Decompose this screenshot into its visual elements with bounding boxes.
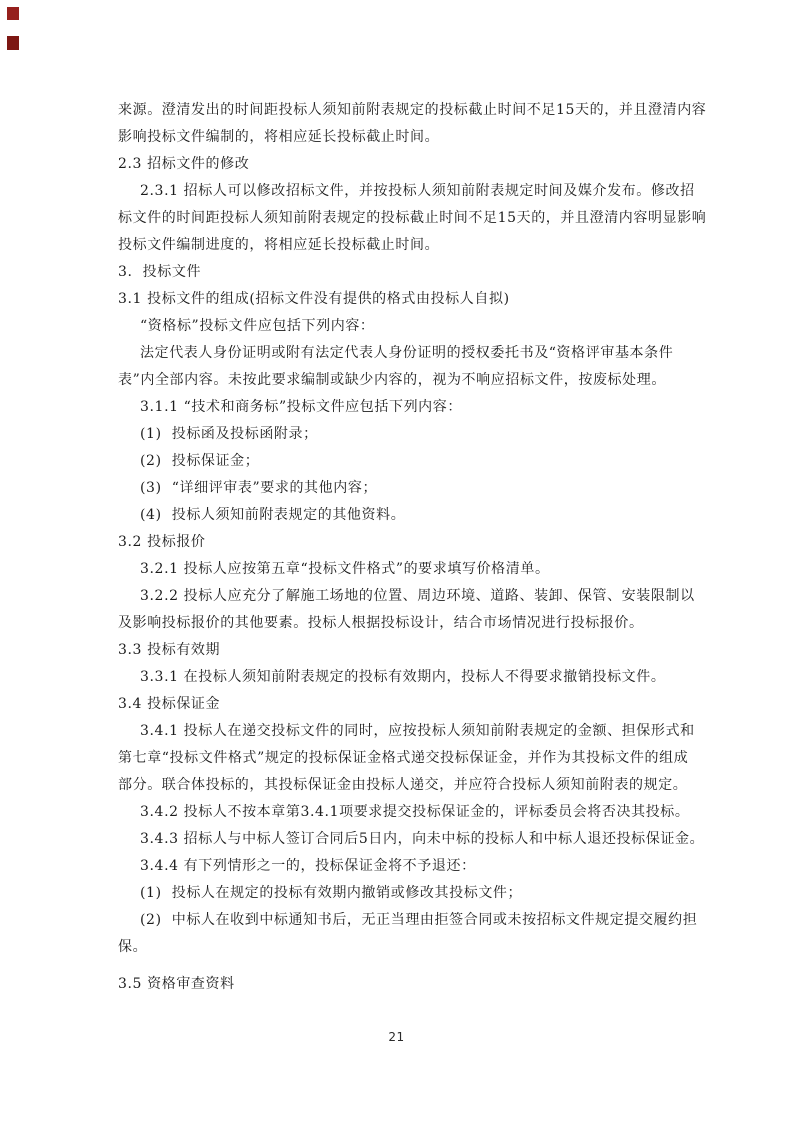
text-line: 3.3 投标有效期 — [118, 637, 680, 664]
text-line: (2) 中标人在收到中标通知书后，无正当理由拒签合同或未按招标文件规定提交履约担 — [118, 907, 680, 934]
text-line: 3. 投标文件 — [118, 259, 680, 286]
text-line: 3.4 投标保证金 — [118, 691, 680, 718]
text-line: (1) 投标人在规定的投标有效期内撤销或修改其投标文件； — [118, 880, 680, 907]
text-line: 3.2 投标报价 — [118, 529, 680, 556]
text-line: 第七章“投标文件格式”规定的投标保证金格式递交投标保证金，并作为其投标文件的组成 — [118, 745, 680, 772]
text-line: 保。 — [118, 934, 680, 961]
body-text: 来源。澄清发出的时间距投标人须知前附表规定的投标截止时间不足15天的，并且澄清内… — [118, 97, 680, 998]
text-line: 3.1.1 “技术和商务标”投标文件应包括下列内容： — [118, 394, 680, 421]
red-ink-mark — [7, 36, 19, 50]
text-line: 3.4.4 有下列情形之一的，投标保证金将不予退还： — [118, 853, 680, 880]
text-line: 3.1 投标文件的组成(招标文件没有提供的格式由投标人自拟) — [118, 286, 680, 313]
text-line: (3) “详细评审表”要求的其他内容； — [118, 475, 680, 502]
text-line: 3.4.1 投标人在递交投标文件的同时，应按投标人须知前附表规定的金额、担保形式… — [118, 718, 680, 745]
text-line: 标文件的时间距投标人须知前附表规定的投标截止时间不足15天的，并且澄清内容明显影… — [118, 205, 680, 232]
text-line: (2) 投标保证金； — [118, 448, 680, 475]
text-line: “资格标”投标文件应包括下列内容： — [118, 313, 680, 340]
text-line: 及影响投标报价的其他要素。投标人根据投标设计，结合市场情况进行投标报价。 — [118, 610, 680, 637]
text-line: 2.3.1 招标人可以修改招标文件，并按投标人须知前附表规定时间及媒介发布。修改… — [118, 178, 680, 205]
text-line: 3.5 资格审查资料 — [118, 971, 680, 998]
document-page: 来源。澄清发出的时间距投标人须知前附表规定的投标截止时间不足15天的，并且澄清内… — [0, 0, 793, 1123]
text-line: 法定代表人身份证明或附有法定代表人身份证明的授权委托书及“资格评审基本条件 — [118, 340, 680, 367]
page-number: 21 — [0, 1030, 793, 1044]
text-line: 3.3.1 在投标人须知前附表规定的投标有效期内，投标人不得要求撤销投标文件。 — [118, 664, 680, 691]
text-line: 3.4.2 投标人不按本章第3.4.1项要求提交投标保证金的，评标委员会将否决其… — [118, 799, 680, 826]
text-line: 影响投标文件编制的，将相应延长投标截止时间。 — [118, 124, 680, 151]
text-line: 3.2.2 投标人应充分了解施工场地的位置、周边环境、道路、装卸、保管、安装限制… — [118, 583, 680, 610]
text-line: (1) 投标函及投标函附录； — [118, 421, 680, 448]
text-line: 来源。澄清发出的时间距投标人须知前附表规定的投标截止时间不足15天的，并且澄清内… — [118, 97, 680, 124]
text-line: 3.4.3 招标人与中标人签订合同后5日内，向未中标的投标人和中标人退还投标保证… — [118, 826, 680, 853]
text-line: 3.2.1 投标人应按第五章“投标文件格式”的要求填写价格清单。 — [118, 556, 680, 583]
text-line: 表”内全部内容。未按此要求编制或缺少内容的，视为不响应招标文件，按废标处理。 — [118, 367, 680, 394]
text-line: 投标文件编制进度的，将相应延长投标截止时间。 — [118, 232, 680, 259]
text-line: 2.3 招标文件的修改 — [118, 151, 680, 178]
text-line: 部分。联合体投标的，其投标保证金由投标人递交，并应符合投标人须知前附表的规定。 — [118, 772, 680, 799]
text-line: (4) 投标人须知前附表规定的其他资料。 — [118, 502, 680, 529]
red-ink-mark — [7, 7, 19, 20]
